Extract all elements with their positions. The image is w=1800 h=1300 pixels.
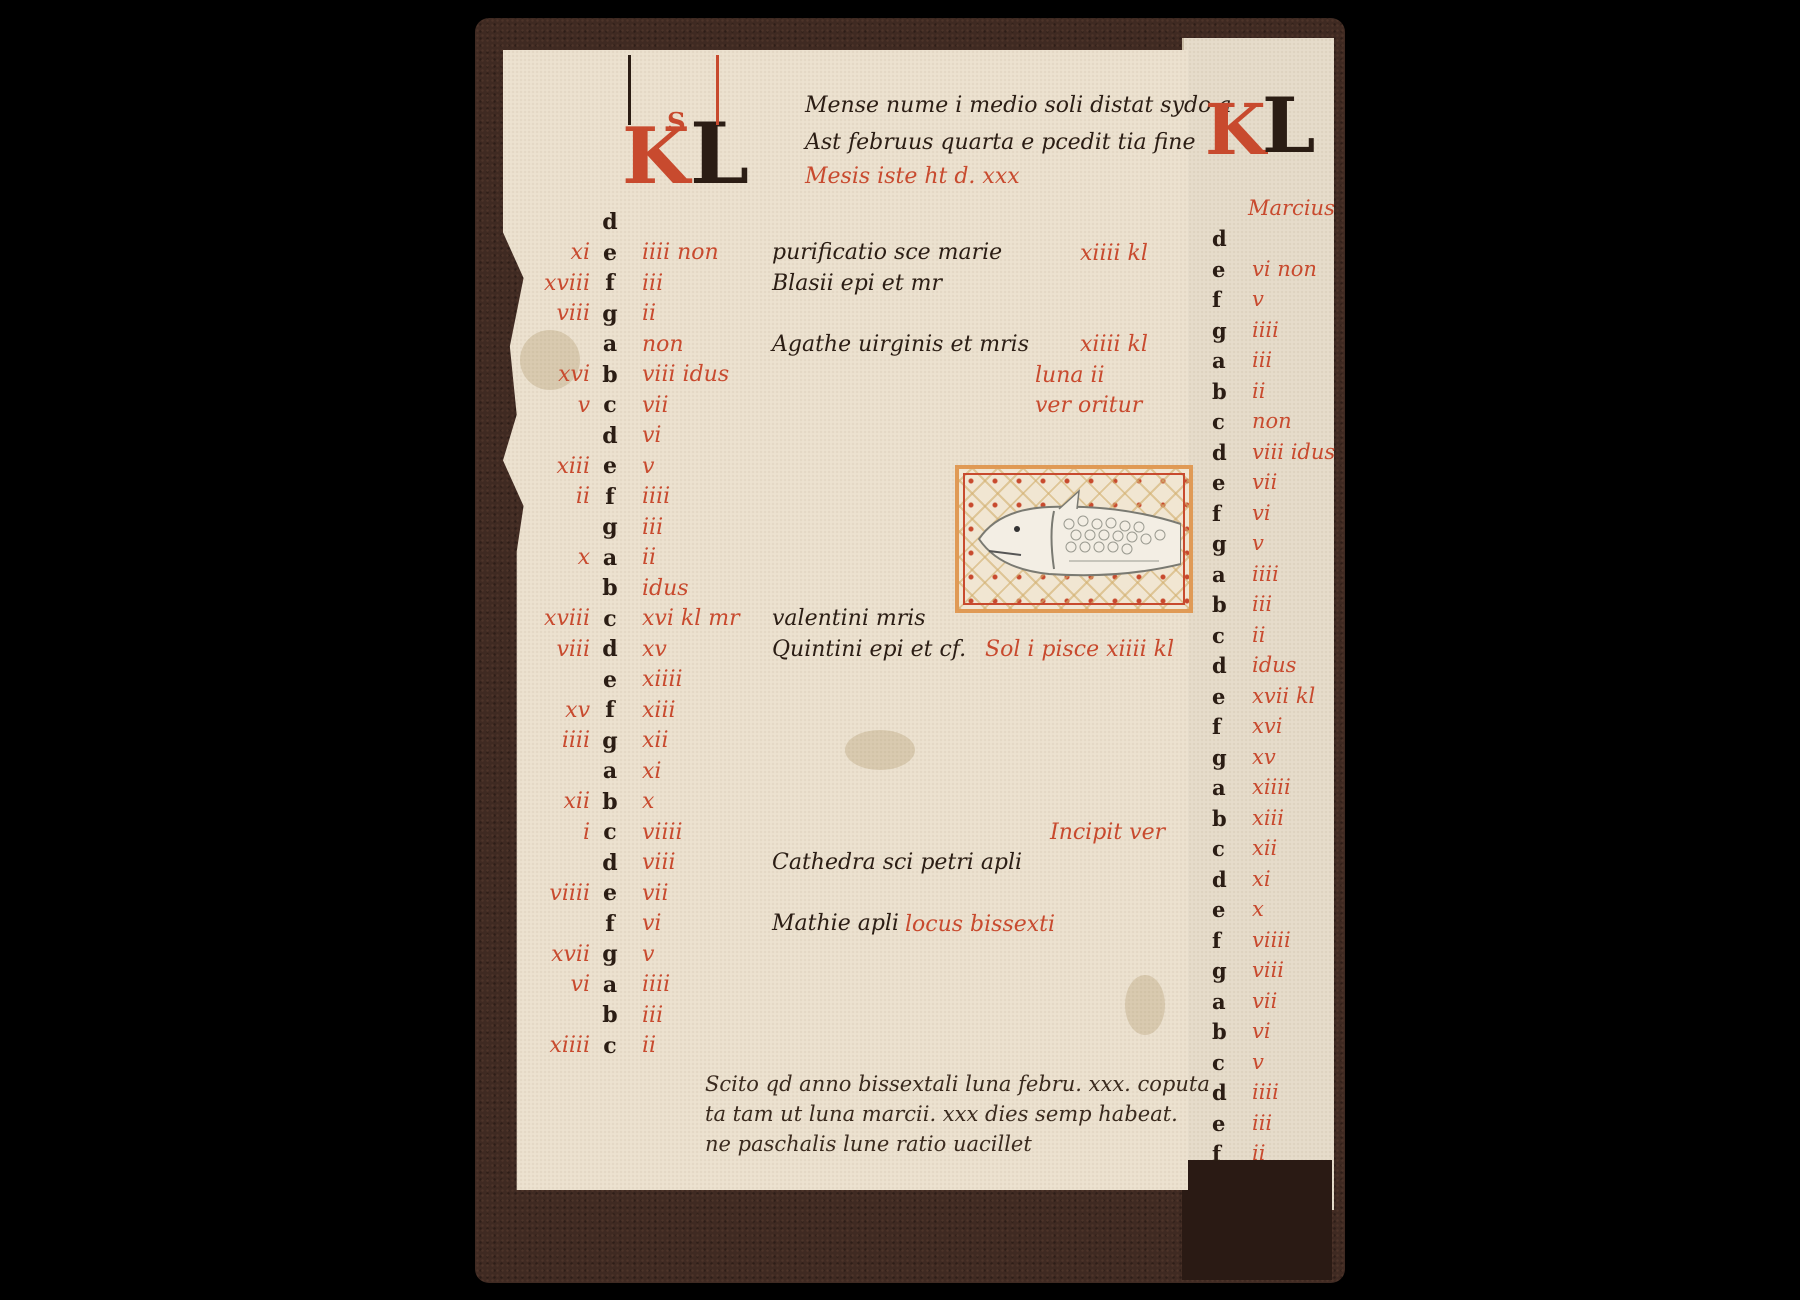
calendar-row: d [520,208,772,236]
facing-letter: f [1212,930,1221,951]
backing-edge [1182,1160,1332,1280]
dominical-letter: b [590,362,630,388]
facing-letter: g [1212,747,1227,768]
dominical-letter: f [590,270,630,296]
feast-entry: Quintini epi et cf. [772,637,966,662]
roman-date: ii [630,301,752,326]
facing-letter: e [1212,259,1225,280]
initial-l: L [690,112,749,196]
golden-number: v [520,393,590,418]
facing-letter: e [1212,686,1225,707]
facing-roman: xiiii [1252,777,1291,798]
feast-entry: Cathedra sci petri apli [772,850,1022,875]
facing-roman: vi [1252,503,1271,524]
roman-date: iii [630,1003,752,1028]
facing-letter: a [1212,777,1226,798]
golden-number: x [520,545,590,570]
roman-date: xv [630,637,752,662]
calendar-row: axi [520,757,772,785]
heading-line-3: Mesis iste ht d. xxx [805,166,1020,188]
stain [1125,975,1165,1035]
facing-letter: f [1212,1143,1221,1164]
roman-date: xvi kl mr [630,606,752,631]
facing-initial-l: L [1262,88,1315,164]
rubric-note: Sol i pisce xiiii kl [985,639,1174,661]
calendar-row: xieiiii nonpurificatio sce marie [520,239,1002,267]
calendar-row: xvibviii idus [520,361,772,389]
facing-letter: d [1212,655,1227,676]
calendar-row: xviiicxvi kl mrvalentini mris [520,605,926,633]
facing-roman: viii idus [1252,442,1335,463]
facing-letter: a [1212,991,1226,1012]
calendar-row: viiigii [520,300,772,328]
facing-roman: iiii [1252,1082,1279,1103]
dominical-letter: a [590,545,630,571]
facing-roman: iii [1252,594,1272,615]
dominical-letter: c [590,392,630,418]
golden-number: xvii [520,942,590,967]
dominical-letter: g [590,301,630,327]
golden-number: xviii [520,606,590,631]
facing-letter: f [1212,503,1221,524]
rubric-note: xiiii kl [1080,243,1148,265]
facing-letter: g [1212,533,1227,554]
facing-roman: xv [1252,747,1276,768]
dominical-letter: f [590,697,630,723]
roman-date: iii [630,271,752,296]
golden-number: ii [520,484,590,509]
facing-roman: v [1252,533,1264,554]
rubric-note: locus bissexti [905,914,1055,936]
dominical-letter: g [590,941,630,967]
calendar-row: viaiiii [520,971,772,999]
calendar-row: xiibx [520,788,772,816]
feast-entry: Mathie apli [772,911,899,936]
calendar-row: fviMathie apli [520,910,899,938]
calendar-row: anonAgathe uirginis et mris [520,330,1029,358]
dominical-letter: d [590,423,630,449]
calendar-row: viiiievii [520,879,772,907]
facing-letter: g [1212,960,1227,981]
golden-number: viii [520,637,590,662]
facing-roman: vi [1252,1021,1271,1042]
calendar-row: iifiiii [520,483,772,511]
golden-number: i [520,820,590,845]
dominical-letter: g [590,728,630,754]
facing-letter: c [1212,1052,1225,1073]
roman-date: xii [630,728,752,753]
facing-roman: vii [1252,991,1277,1012]
facing-roman: xvii kl [1252,686,1315,707]
dominical-letter: c [590,819,630,845]
facing-letter: c [1212,838,1225,859]
facing-letter: b [1212,808,1227,829]
pisces-illustration [955,465,1193,613]
roman-date: iiii non [630,240,752,265]
facing-roman: iiii [1252,320,1279,341]
roman-date: iiii [630,484,752,509]
facing-letter: e [1212,1113,1225,1134]
facing-letter: f [1212,716,1221,737]
facing-month-label: Marcius [1248,198,1335,219]
rubric-note: luna ii [1035,365,1105,387]
dominical-letter: d [590,850,630,876]
calendar-row: xiiiev [520,452,772,480]
facing-roman: viii [1252,960,1284,981]
roman-date: viii [630,850,752,875]
facing-letter: d [1212,228,1227,249]
facing-roman: viiii [1252,930,1291,951]
calendar-row: xiiiicii [520,1032,772,1060]
dominical-letter: f [590,911,630,937]
facing-letter: b [1212,1021,1227,1042]
rubric-note: xiiii kl [1080,334,1148,356]
footer-line-1: Scito qd anno bissextali luna febru. xxx… [705,1072,1210,1096]
feast-entry: valentini mris [772,606,926,631]
roman-date: vi [630,423,752,448]
golden-number: xviii [520,271,590,296]
golden-number: xiiii [520,1033,590,1058]
calendar-row: icviiii [520,818,772,846]
facing-roman: xvi [1252,716,1282,737]
facing-roman: iii [1252,1113,1272,1134]
initial-flourish [628,55,631,125]
facing-roman: idus [1252,655,1296,676]
dominical-letter: d [590,209,630,235]
roman-date: viii idus [630,362,752,387]
roman-date: vii [630,881,752,906]
roman-date: iiii [630,972,752,997]
dominical-letter: b [590,575,630,601]
facing-roman: iii [1252,350,1272,371]
facing-roman: iiii [1252,564,1279,585]
calendar-row: xviigv [520,940,772,968]
dominical-letter: b [590,789,630,815]
calendar-row: biii [520,1001,772,1029]
facing-roman: x [1252,899,1264,920]
golden-number: viii [520,301,590,326]
facing-roman: vi non [1252,259,1317,280]
calendar-row: xaii [520,544,772,572]
golden-number: iiii [520,728,590,753]
calendar-row: viiidxvQuintini epi et cf. [520,635,966,663]
roman-date: viiii [630,820,752,845]
calendar-row: xvfxiii [520,696,772,724]
dominical-letter: c [590,1033,630,1059]
facing-letter: b [1212,594,1227,615]
rubric-note: Incipit ver [1050,822,1165,844]
roman-date: idus [630,576,752,601]
facing-initial-k: K [1205,95,1266,165]
facing-roman: v [1252,1052,1264,1073]
roman-date: iii [630,515,752,540]
roman-date: ii [630,1033,752,1058]
facing-letter: d [1212,1082,1227,1103]
initial-superscript: S [667,110,686,136]
dominical-letter: a [590,758,630,784]
footer-line-2: ta tam ut luna marcii. xxx dies semp hab… [705,1102,1178,1126]
calendar-row: dvi [520,422,772,450]
facing-letter: e [1212,472,1225,493]
golden-number: xiii [520,454,590,479]
dominical-letter: e [590,453,630,479]
facing-letter: g [1212,320,1227,341]
calendar-row: exiiii [520,666,772,694]
facing-letter: d [1212,869,1227,890]
facing-letter: a [1212,564,1226,585]
dominical-letter: b [590,1002,630,1028]
facing-roman: xiii [1252,808,1284,829]
roman-date: x [630,789,752,814]
roman-date: non [630,332,752,357]
dominical-letter: f [590,484,630,510]
golden-number: vi [520,972,590,997]
heading-line-2: Ast februus quarta e pcedit tia fine [805,132,1195,154]
facing-roman: vii [1252,472,1277,493]
dominical-letter: d [590,636,630,662]
dominical-letter: c [590,606,630,632]
facing-letter: f [1212,289,1221,310]
fish-icon [959,469,1181,601]
golden-number: viiii [520,881,590,906]
facing-letter: c [1212,411,1225,432]
facing-roman: ii [1252,1143,1265,1164]
initial-flourish [716,55,719,125]
calendar-row: vcvii [520,391,772,419]
golden-number: xv [520,698,590,723]
calendar-row: iiiigxii [520,727,772,755]
roman-date: vi [630,911,752,936]
dominical-letter: e [590,667,630,693]
feast-entry: Agathe uirginis et mris [772,332,1029,357]
facing-roman: ii [1252,381,1265,402]
dominical-letter: e [590,880,630,906]
stain [845,730,915,770]
golden-number: xii [520,789,590,814]
dominical-letter: e [590,240,630,266]
facing-letter: c [1212,625,1225,646]
roman-date: v [630,942,752,967]
rubric-note: ver oritur [1035,395,1142,417]
roman-date: xiii [630,698,752,723]
golden-number: xi [520,240,590,265]
facing-roman: xi [1252,869,1271,890]
calendar-row: bidus [520,574,772,602]
facing-roman: non [1252,411,1292,432]
roman-date: xiiii [630,667,752,692]
facing-roman: v [1252,289,1264,310]
roman-date: vii [630,393,752,418]
golden-number: xvi [520,362,590,387]
calendar-row: xviiifiiiBlasii epi et mr [520,269,942,297]
dominical-letter: a [590,972,630,998]
heading-line-1: Mense nume i medio soli distat sydo a [805,95,1231,117]
facing-roman: ii [1252,625,1265,646]
feast-entry: Blasii epi et mr [772,271,942,296]
dominical-letter: a [590,331,630,357]
footer-line-3: ne paschalis lune ratio uacillet [705,1132,1032,1156]
calendar-row: dviiiCathedra sci petri apli [520,849,1022,877]
facing-letter: b [1212,381,1227,402]
facing-letter: a [1212,350,1226,371]
roman-date: ii [630,545,752,570]
facing-roman: xii [1252,838,1277,859]
roman-date: v [630,454,752,479]
facing-letter: e [1212,899,1225,920]
dominical-letter: g [590,514,630,540]
roman-date: xi [630,759,752,784]
facing-letter: d [1212,442,1227,463]
feast-entry: purificatio sce marie [772,240,1002,265]
calendar-row: giii [520,513,772,541]
